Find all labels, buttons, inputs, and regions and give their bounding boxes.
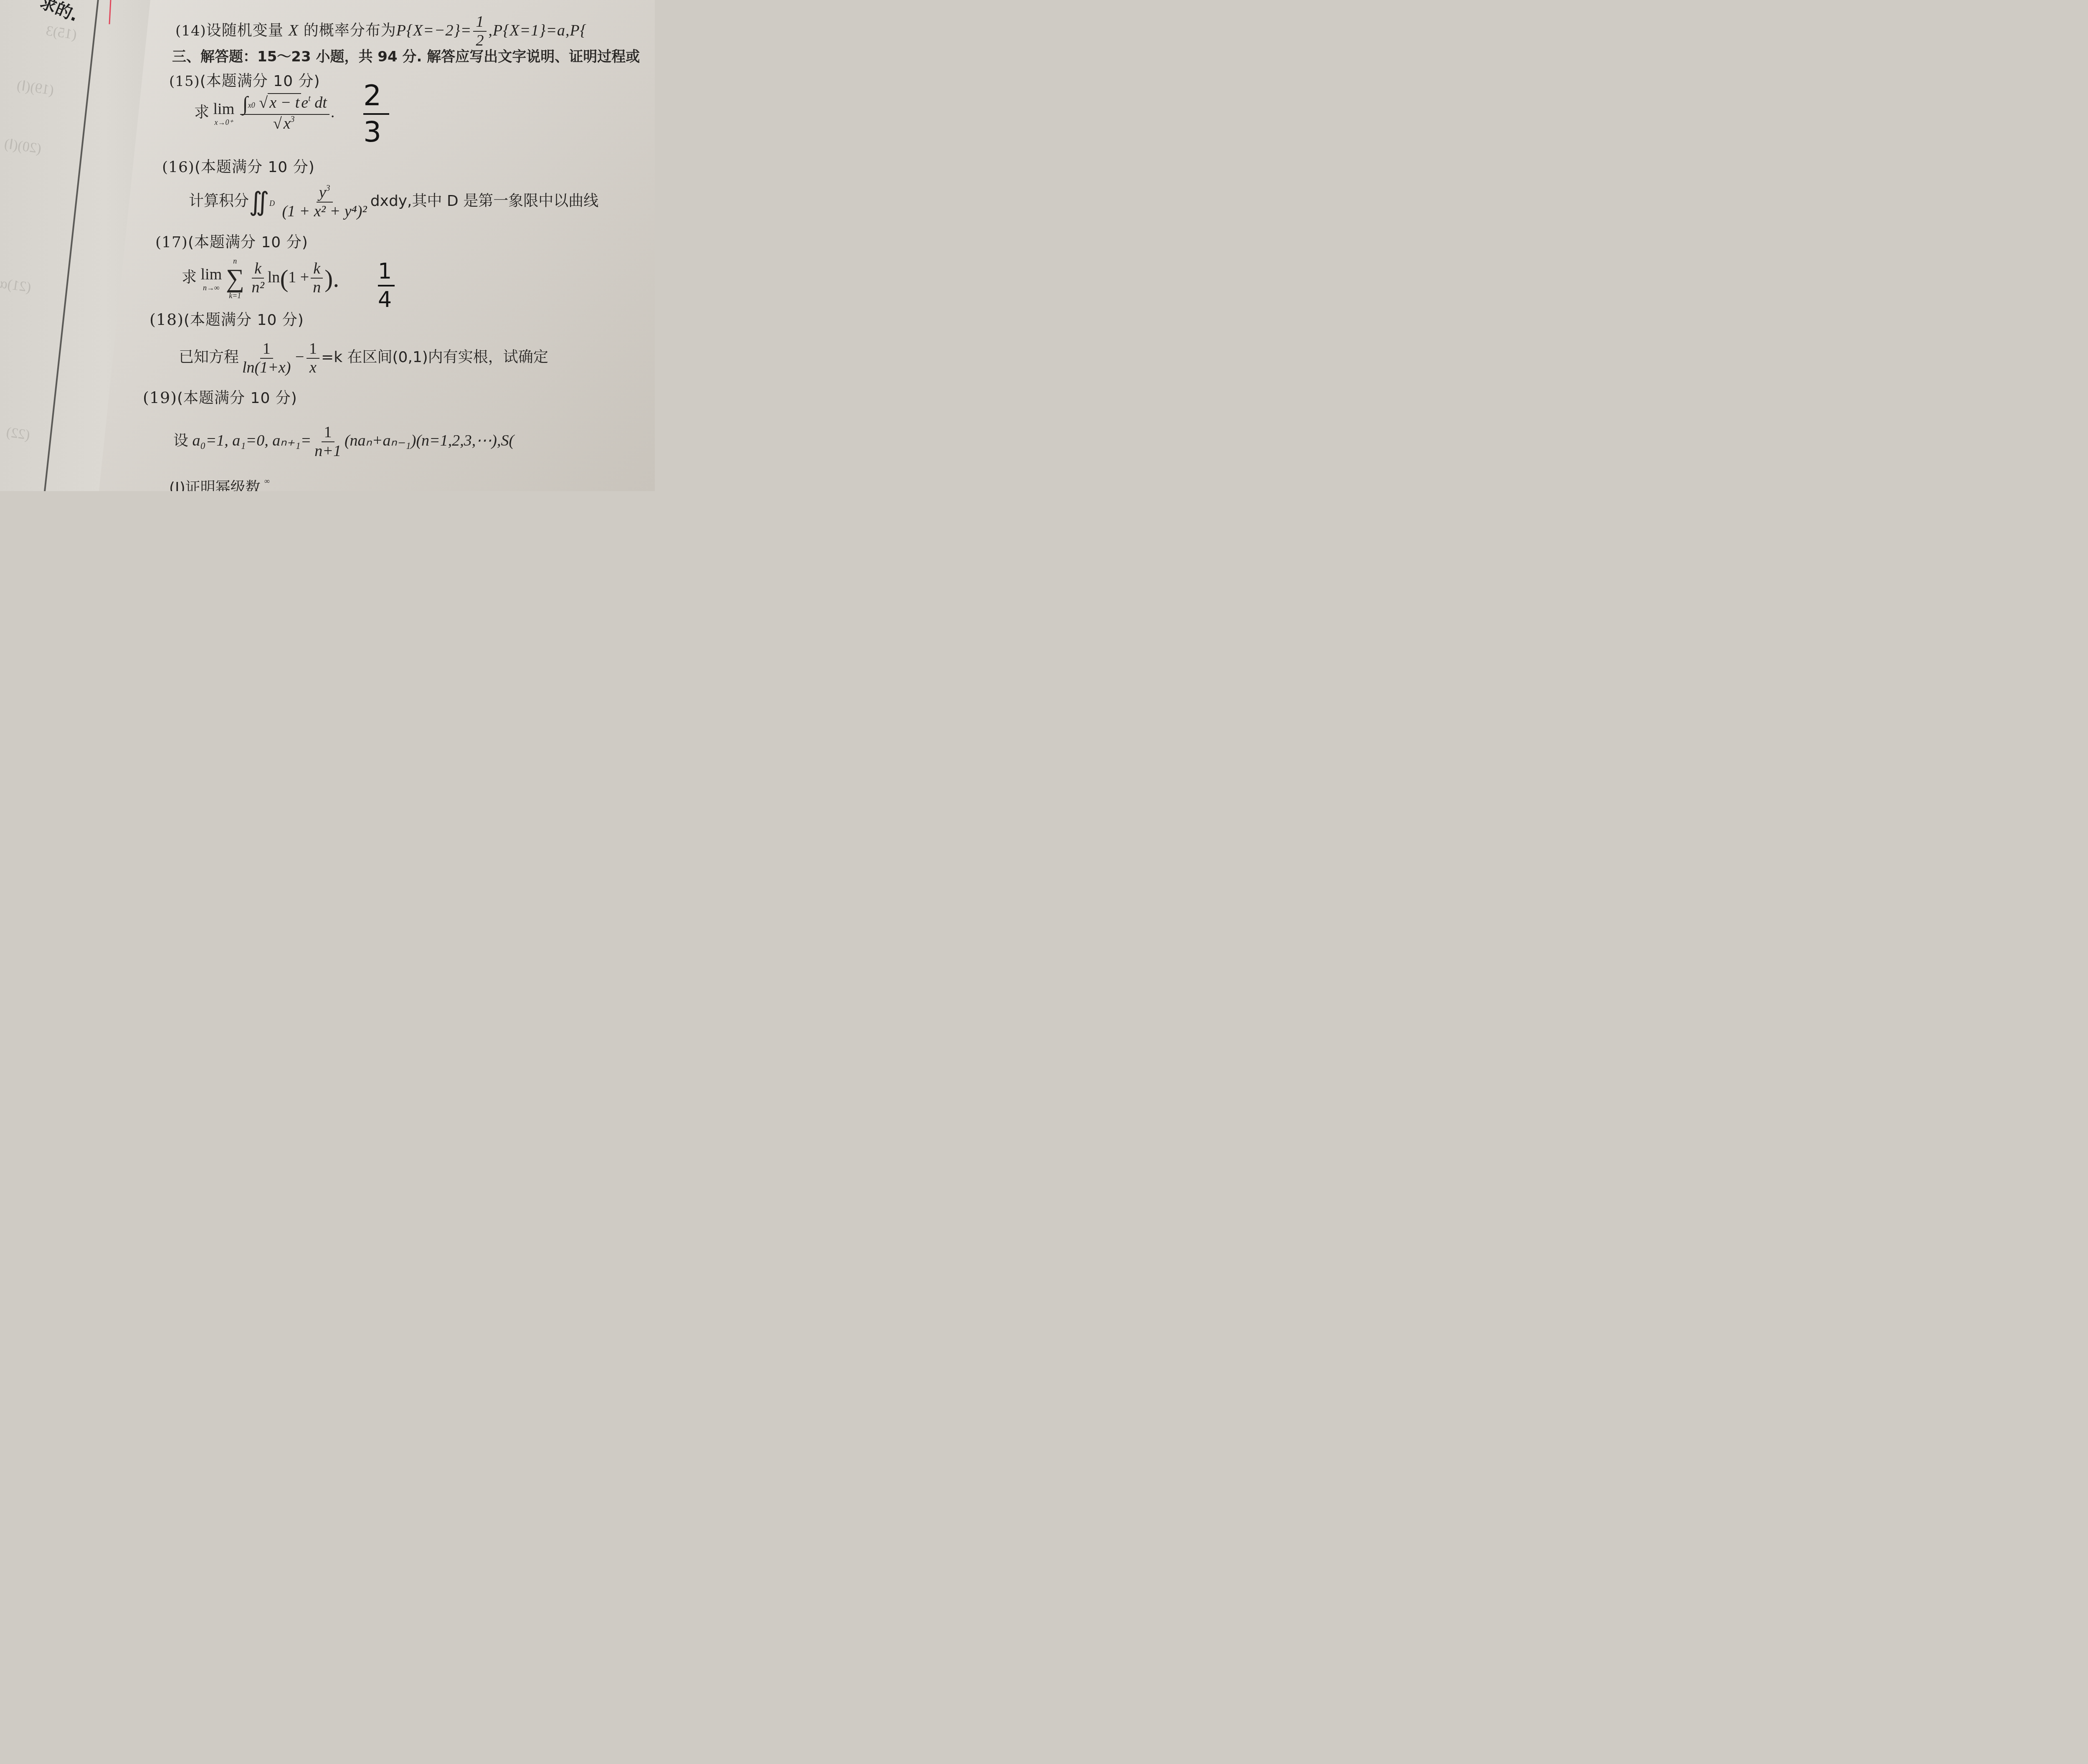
ghost-label: (19)(Ⅰ): [16, 77, 55, 99]
integral-sign: ∫: [243, 93, 248, 115]
question-17-expression: 求 lim n→∞ n ∑ k=1 kn²ln(1 +kn).: [182, 257, 339, 300]
question-14: (14)设随机变量 X 的概率分布为P{X=−2}=12,P{X=1}=a,P{: [175, 13, 587, 50]
fraction: 12: [473, 13, 487, 50]
red-pen-mark: [109, 0, 111, 24]
handwritten-answer-15: 2 3: [363, 79, 389, 149]
section-title: 三、解答题：15～23 小题，共 94 分. 解答应写出文字说明、证明过程或: [172, 45, 640, 66]
bleed-text: 求的.: [37, 0, 83, 26]
question-15-header: (15)(本题满分 10 分): [169, 69, 320, 91]
ghost-label: (21)α: [0, 276, 32, 296]
question-15-expression: 求 lim x→0⁺ ∫x0 √x − tet dt √x3 .: [194, 94, 335, 133]
question-16-expression: 计算积分∬D y3 (1 + x² + y⁴)² dxdy,其中 D 是第一象限…: [189, 184, 598, 220]
ghost-label: (20)(Ⅰ): [3, 135, 43, 157]
fraction: ∫x0 √x − tet dt √x3: [240, 94, 329, 133]
question-18-header: (18)(本题满分 10 分): [150, 308, 304, 329]
question-16-header: (16)(本题满分 10 分): [162, 155, 315, 177]
question-number: (14): [175, 23, 206, 39]
fraction: y3 (1 + x² + y⁴)²: [280, 184, 368, 220]
question-19-header: (19)(本题满分 10 分): [143, 386, 297, 408]
question-19-part1: (Ⅰ)证明幂级数 ∞: [169, 476, 270, 491]
sum-sign: ∑: [226, 266, 244, 291]
handwritten-answer-17: 1 4: [378, 259, 395, 312]
ghost-label: (22): [5, 424, 31, 444]
question-19-expression: 设 a₀=1, a₁=0, aₙ₊₁=1n+1(naₙ+aₙ₋₁)(n=1,2,…: [173, 424, 514, 460]
question-17-header: (17)(本题满分 10 分): [155, 231, 308, 252]
question-18-expression: 已知方程1ln(1+x)−1x=k 在区间(0,1)内有实根，试确定: [179, 340, 548, 377]
double-integral-sign: ∬: [249, 188, 269, 216]
